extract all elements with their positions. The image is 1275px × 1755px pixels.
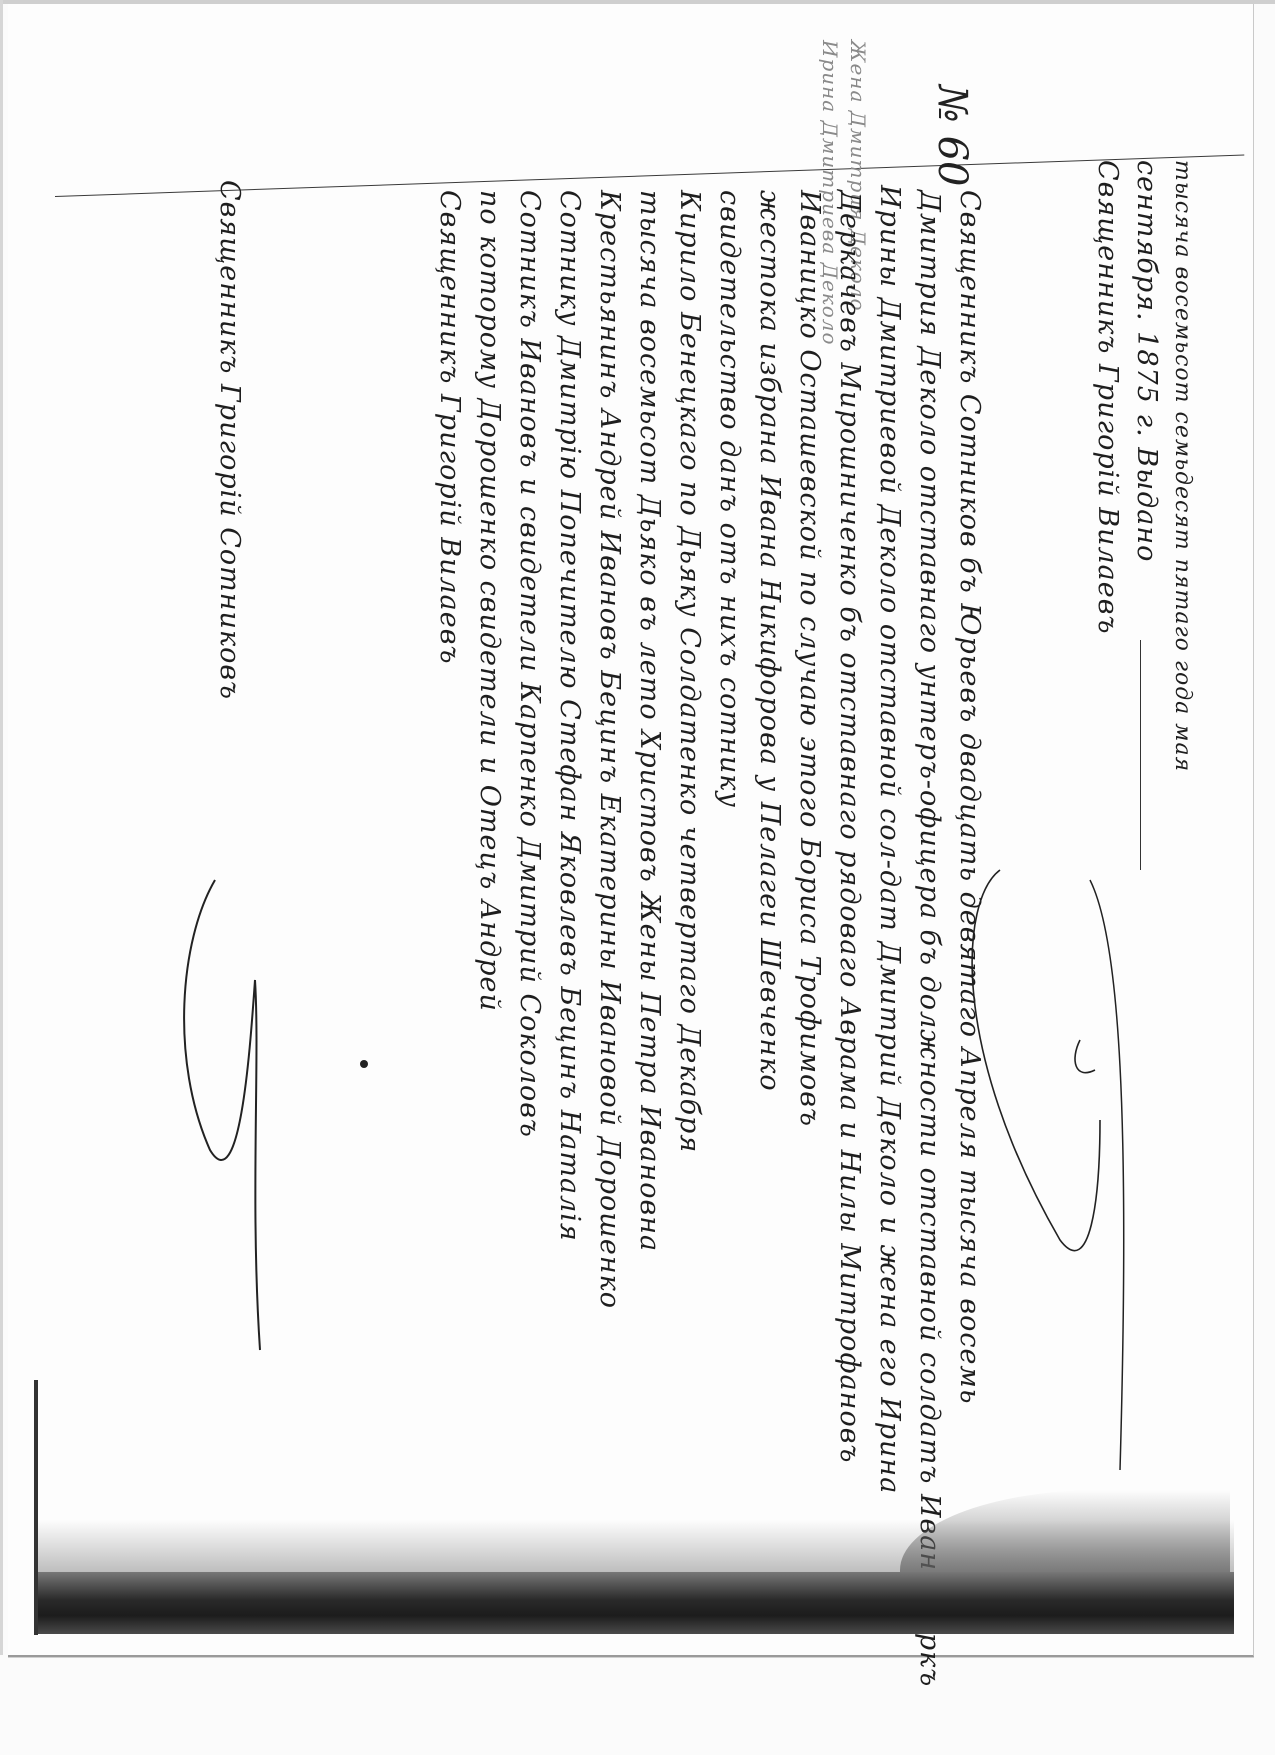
signature-underline xyxy=(1140,640,1141,870)
scan-shadow-band xyxy=(34,1572,1234,1634)
scan-left-shadow xyxy=(34,1380,38,1635)
